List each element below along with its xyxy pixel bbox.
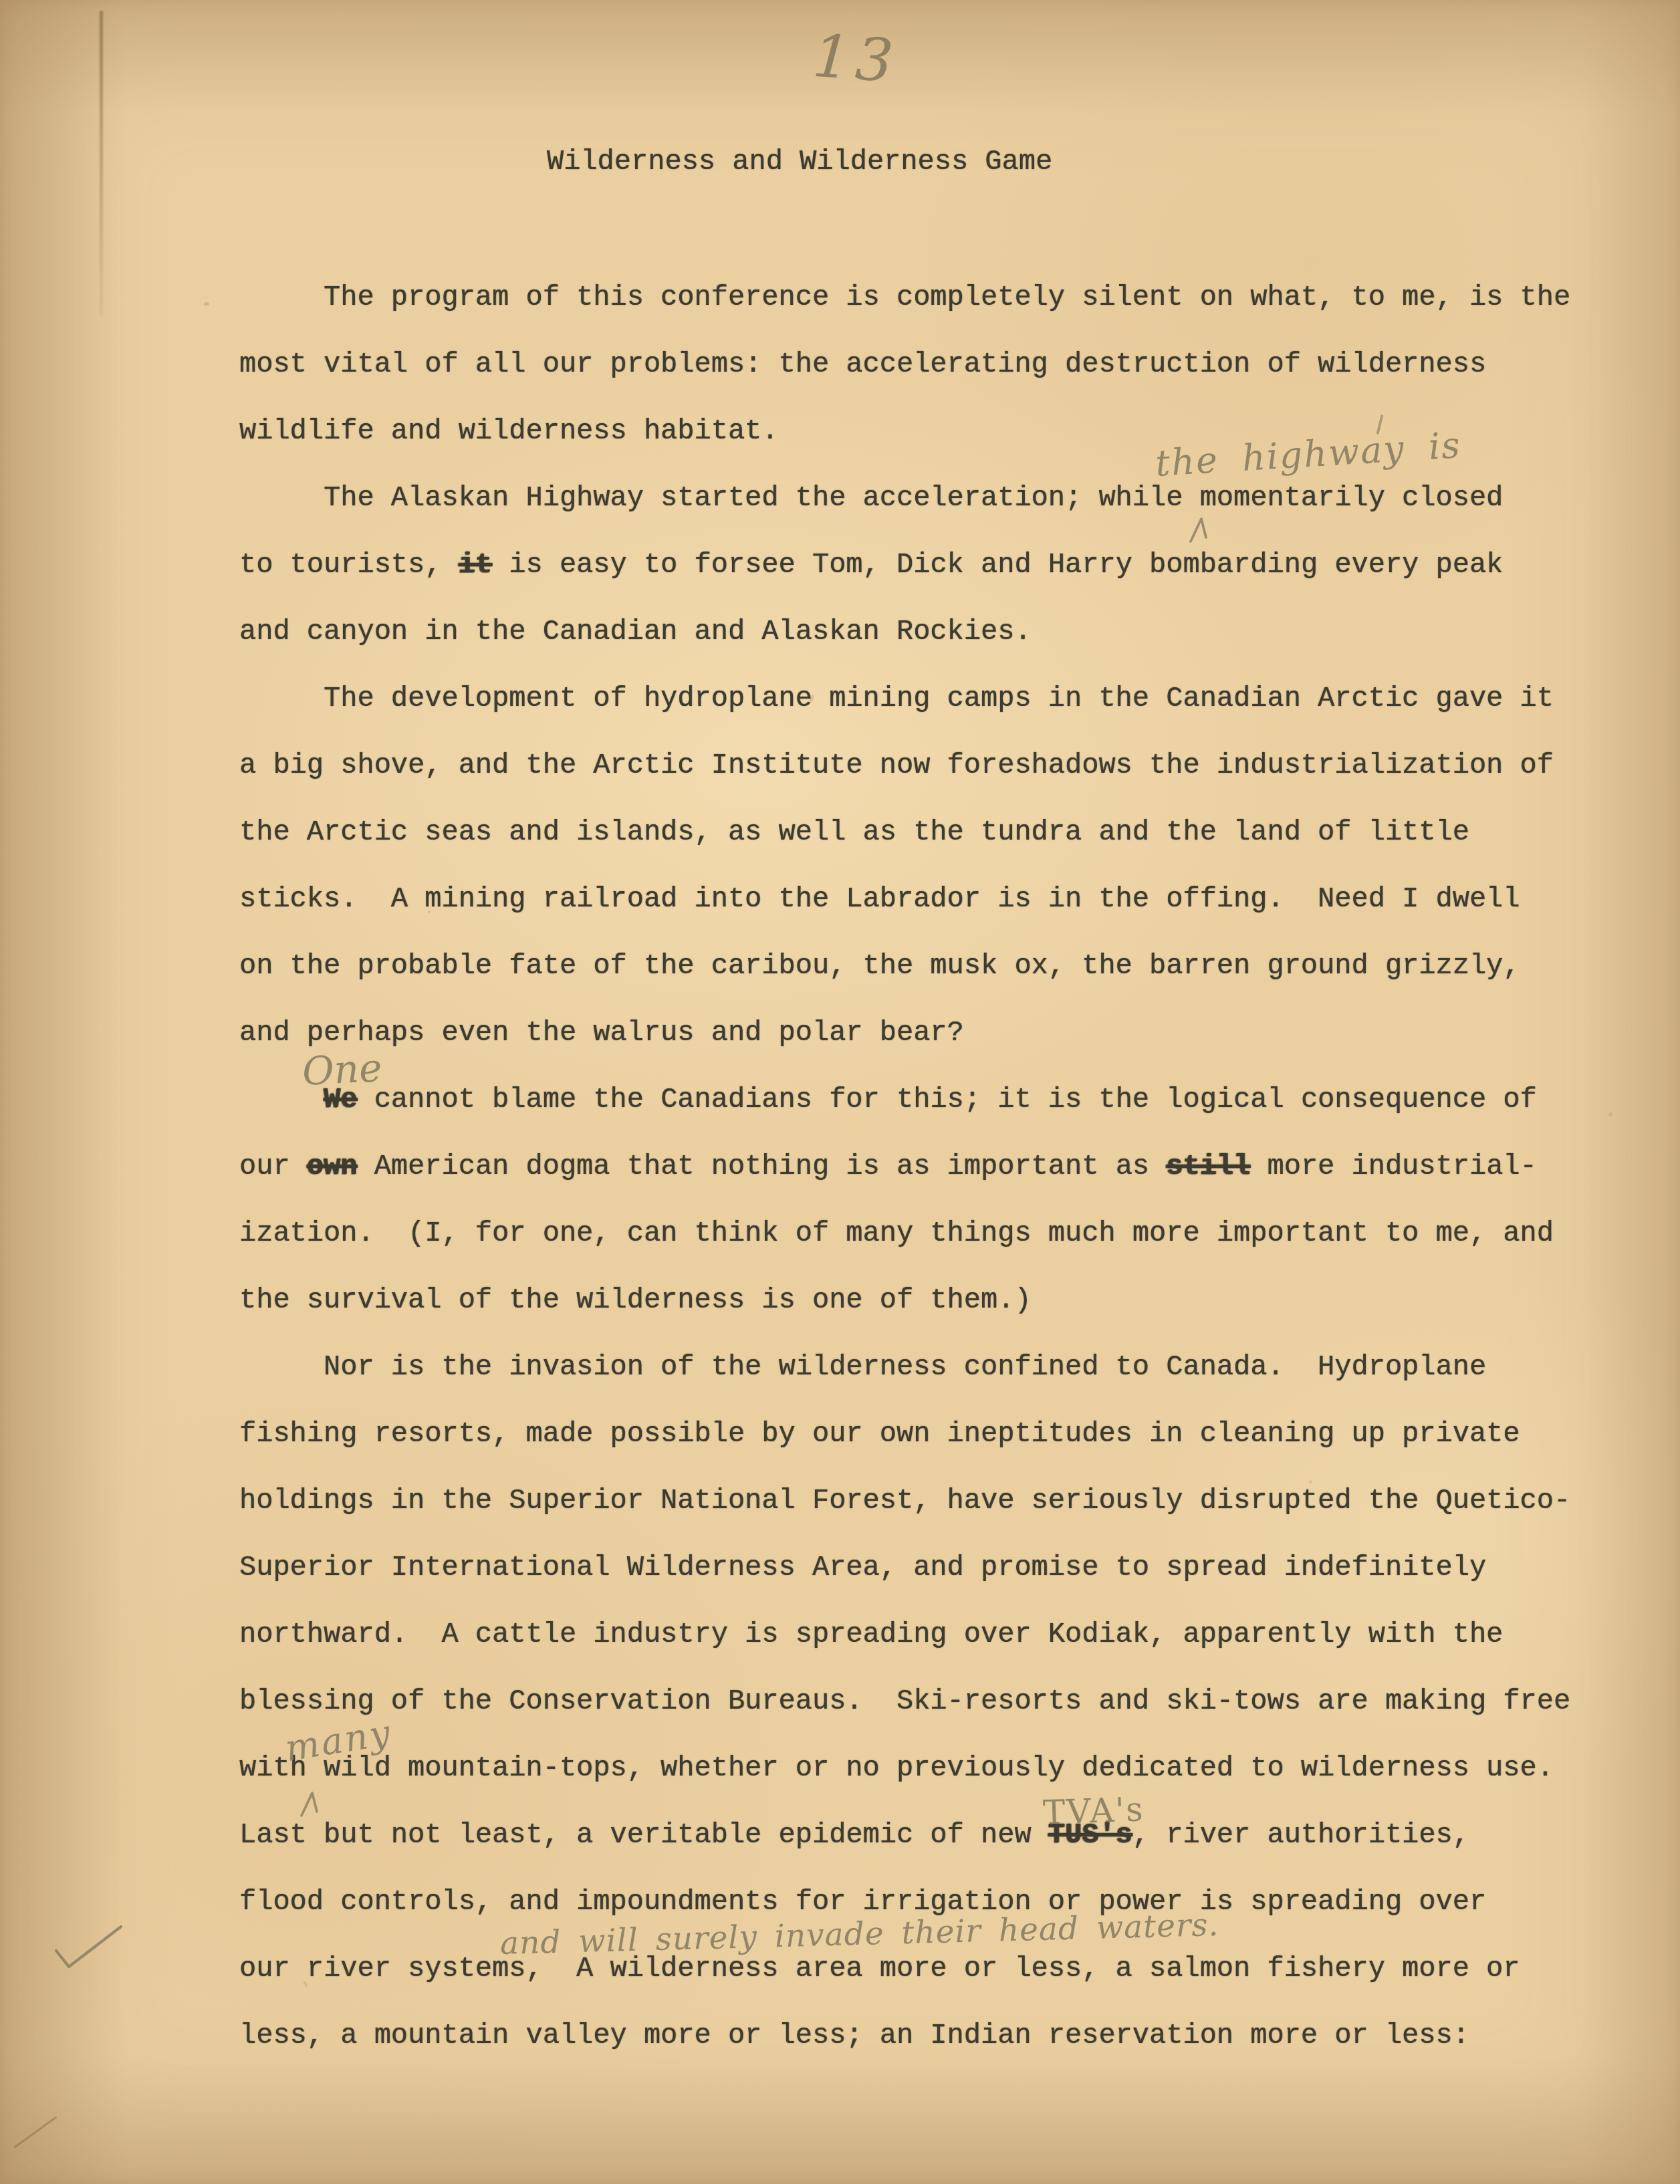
typed-line: We cannot blame the Canadians for this; …	[239, 1066, 1570, 1133]
typed-line: Nor is the invasion of the wilderness co…	[239, 1334, 1570, 1401]
struck-out-text: still	[1166, 1150, 1250, 1183]
typed-line: with wild mountain-tops, whether or no p…	[239, 1735, 1570, 1802]
typed-line: and perhaps even the walrus and polar be…	[239, 999, 1570, 1066]
caret-icon	[1187, 515, 1210, 544]
paper-corner-crease	[14, 2116, 57, 2148]
typed-line: less, a mountain valley more or less; an…	[239, 2002, 1570, 2069]
typed-lines: The program of this conference is comple…	[239, 264, 1570, 2069]
typed-line: northward. A cattle industry is spreadin…	[239, 1601, 1570, 1668]
handwritten-page-number: 13	[811, 21, 901, 96]
typed-line: ization. (I, for one, can think of many …	[239, 1200, 1570, 1267]
paper-crease	[100, 11, 103, 317]
paper-speck	[204, 302, 209, 306]
pencil-insertion-tva: TVA's	[1042, 1790, 1145, 1832]
typed-line: our own American dogma that nothing is a…	[239, 1133, 1570, 1200]
typed-line: and canyon in the Canadian and Alaskan R…	[239, 598, 1570, 665]
typed-line: blessing of the Conservation Bureaus. Sk…	[239, 1668, 1570, 1735]
pencil-insertion-one: One	[301, 1045, 383, 1094]
typed-line: sticks. A mining railroad into the Labra…	[239, 866, 1570, 933]
typed-line: holdings in the Superior National Forest…	[239, 1467, 1570, 1534]
typed-line: The Alaskan Highway started the accelera…	[239, 465, 1570, 531]
typed-line: The development of hydroplane mining cam…	[239, 665, 1570, 732]
typed-line: a big shove, and the Arctic Institute no…	[239, 732, 1570, 799]
struck-out-text: it	[459, 549, 492, 581]
typed-line: fishing resorts, made possible by our ow…	[239, 1401, 1570, 1467]
typed-line: the survival of the wilderness is one of…	[239, 1267, 1570, 1334]
typed-line: Superior International Wilderness Area, …	[239, 1534, 1570, 1601]
caret-icon	[298, 1789, 321, 1818]
page-title: Wilderness and Wilderness Game	[547, 142, 1052, 182]
typed-line: to tourists, it is easy to forsee Tom, D…	[239, 531, 1570, 598]
struck-out-text: own	[307, 1150, 358, 1183]
typed-line: The program of this conference is comple…	[239, 264, 1570, 331]
typed-line: the Arctic seas and islands, as well as …	[239, 799, 1570, 866]
document-page: 13 Wilderness and Wilderness Game The pr…	[0, 0, 1680, 2184]
check-mark-icon	[52, 1923, 126, 1973]
paper-speck	[1608, 1112, 1612, 1116]
typed-line: most vital of all our problems: the acce…	[239, 331, 1570, 398]
typed-line: Last but not least, a veritable epidemic…	[239, 1802, 1570, 1868]
typed-line: on the probable fate of the caribou, the…	[239, 933, 1570, 999]
